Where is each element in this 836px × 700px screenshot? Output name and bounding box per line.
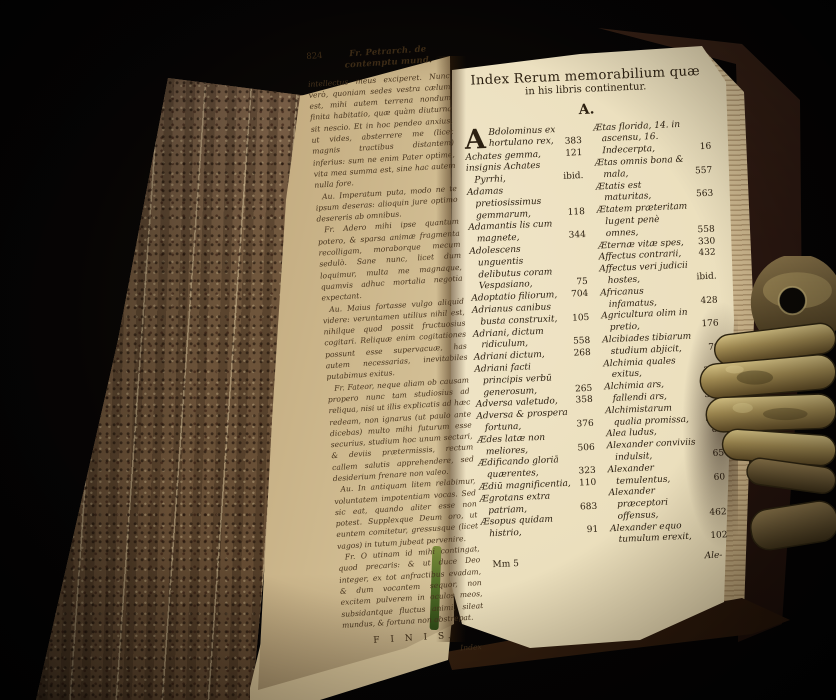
index-entry-text: Ætatis est maturitas,: [596, 180, 652, 203]
index-entry-page: 563: [704, 189, 714, 201]
index-entry-text: Æsopus quidam histrio,: [481, 515, 554, 539]
index-entry-text: Adriani, dictum ridiculum,: [473, 326, 544, 350]
index-entry-page: 558: [581, 336, 591, 348]
paragraph: Au. Maius fortasse vulgo aliquid videre:…: [322, 295, 469, 383]
index-entry-page: 16: [708, 142, 712, 154]
drop-cap-letter: A: [464, 129, 486, 152]
index-entry-page: 265: [583, 383, 593, 395]
index-entry-page: 557: [703, 165, 713, 177]
index-entry-text: Ætas omnis bona & mala,: [595, 155, 684, 180]
index-entry: Ætas florida, 14. in ascensu, 16. Indece…: [593, 118, 711, 158]
running-head: Fr. Petrarch. de contemptu mund.: [327, 43, 449, 73]
index-entry-text: Adamantis lis cum magnete,: [468, 220, 552, 245]
index-entry-text: Ægrotans extra patriam,: [480, 491, 551, 515]
index-entry-text: Ætas florida, 14. in ascensu, 16. Indece…: [593, 120, 680, 157]
index-entry-page: 558: [705, 224, 715, 236]
index-column-left: A Bdolominus ex hortulano rex, 383 Achat…: [464, 124, 599, 553]
section-letter: A.: [463, 99, 709, 121]
page-number: 824: [306, 51, 323, 63]
index-entry-page: 110: [587, 478, 597, 490]
book-photograph: 824 Fr. Petrarch. de contemptu mund. int…: [0, 0, 836, 700]
index-entry-page: 330: [706, 236, 716, 248]
index-entry-page: 91: [595, 525, 599, 537]
index-entry-text: Adriani facti principis verbū generosum,: [474, 362, 552, 398]
index-entry: Adolescens unguentis delibutus coram Ves…: [469, 242, 588, 294]
index-entry-page: 268: [581, 348, 591, 360]
index-entry-text: Bdolominus ex hortulano rex,: [488, 125, 555, 150]
index-entry-page: 358: [583, 395, 593, 407]
index-entry-text: Alea ludus,: [606, 427, 657, 439]
index-entry-page: 383: [565, 136, 583, 149]
index-entry: Adriani facti principis verbū generosum,…: [474, 360, 592, 400]
index-entry-text: Alchimia ars, fallendi ars,: [604, 380, 667, 404]
index-entry-text: Affectus veri judicii hostes,: [599, 261, 688, 286]
index-entry-page: 506: [585, 442, 595, 454]
index-entry: Adamas pretiosissimus gemmarum, 118: [467, 183, 585, 223]
index-entry-text: Adrianus canibus busta construxit,: [472, 302, 558, 327]
index-entry-page: 121: [573, 148, 583, 160]
index-entry-text: insignis Achates Pyrrhi,: [466, 161, 541, 186]
index-entry-text: Adamas pretiosissimus gemmarum,: [467, 186, 542, 221]
index-entry-text: Ædificando gloriā quærentes,: [478, 456, 559, 481]
index-entry-text: Ædes latæ non meliores,: [477, 433, 545, 457]
index-entry-text: Africanus infamatus,: [600, 286, 657, 309]
index-entry-text: Adolescens unguentis delibutus coram Ves…: [469, 245, 552, 292]
index-entry-page: 683: [588, 501, 598, 513]
index-entry-text: Alexander equo tumulum erexit,: [610, 521, 692, 545]
paragraph: Fr. Fateor, neque aliam ob causam proper…: [327, 374, 475, 484]
brass-clasp-icon: [694, 256, 836, 570]
index-entry-text: Adriani dictum,: [474, 350, 545, 363]
index-entry: Ætatem præteritam lugent penè omnes, 558: [597, 201, 715, 241]
index-entry-page: 323: [586, 466, 596, 478]
paragraph: intellectus meus exciperet. Nunc verò, q…: [308, 70, 457, 192]
index-entry-text: Achates gemma,: [465, 149, 541, 162]
index-entry-text: Alexander præceptori offensus,: [608, 487, 668, 522]
index-entry-page: 105: [580, 313, 590, 325]
index-entry-text: Alchimistarum qualia promissa,: [605, 403, 689, 427]
index-entry-page: 376: [584, 419, 594, 431]
index-entry-page: ibid.: [571, 171, 584, 183]
index-entry-page: 704: [579, 289, 589, 301]
index-entry-page: 118: [575, 207, 585, 219]
index-entry-text: Alexander temulentus,: [607, 463, 670, 486]
paragraph: Fr. Adero mihi ipse quantum potero, & sp…: [317, 216, 464, 304]
index-entry-text: Ætatem præteritam lugent penè omnes,: [597, 202, 688, 239]
index-entry: Æsopus quidam histrio, 91: [481, 513, 599, 541]
left-page-header: 824 Fr. Petrarch. de contemptu mund.: [306, 43, 449, 74]
index-entry-text: Alcibiades tibiarum studium abjicit,: [602, 332, 691, 357]
index-entry-page: 344: [576, 230, 586, 242]
index-entry-text: Alchimia quales exitus,: [603, 356, 676, 380]
index-entry-page: 75: [584, 277, 588, 289]
paragraph: Au. In antiquam litem relabimur, volunta…: [333, 476, 479, 553]
index-entry-text: Agricultura olim in pretio,: [601, 308, 688, 333]
signature-mark: Mm 5: [492, 559, 519, 572]
index-entry-text: Adversa & prospera fortuna,: [476, 408, 568, 433]
paragraph: Fr. O utinam id mihi contingat, quod pre…: [337, 543, 484, 631]
